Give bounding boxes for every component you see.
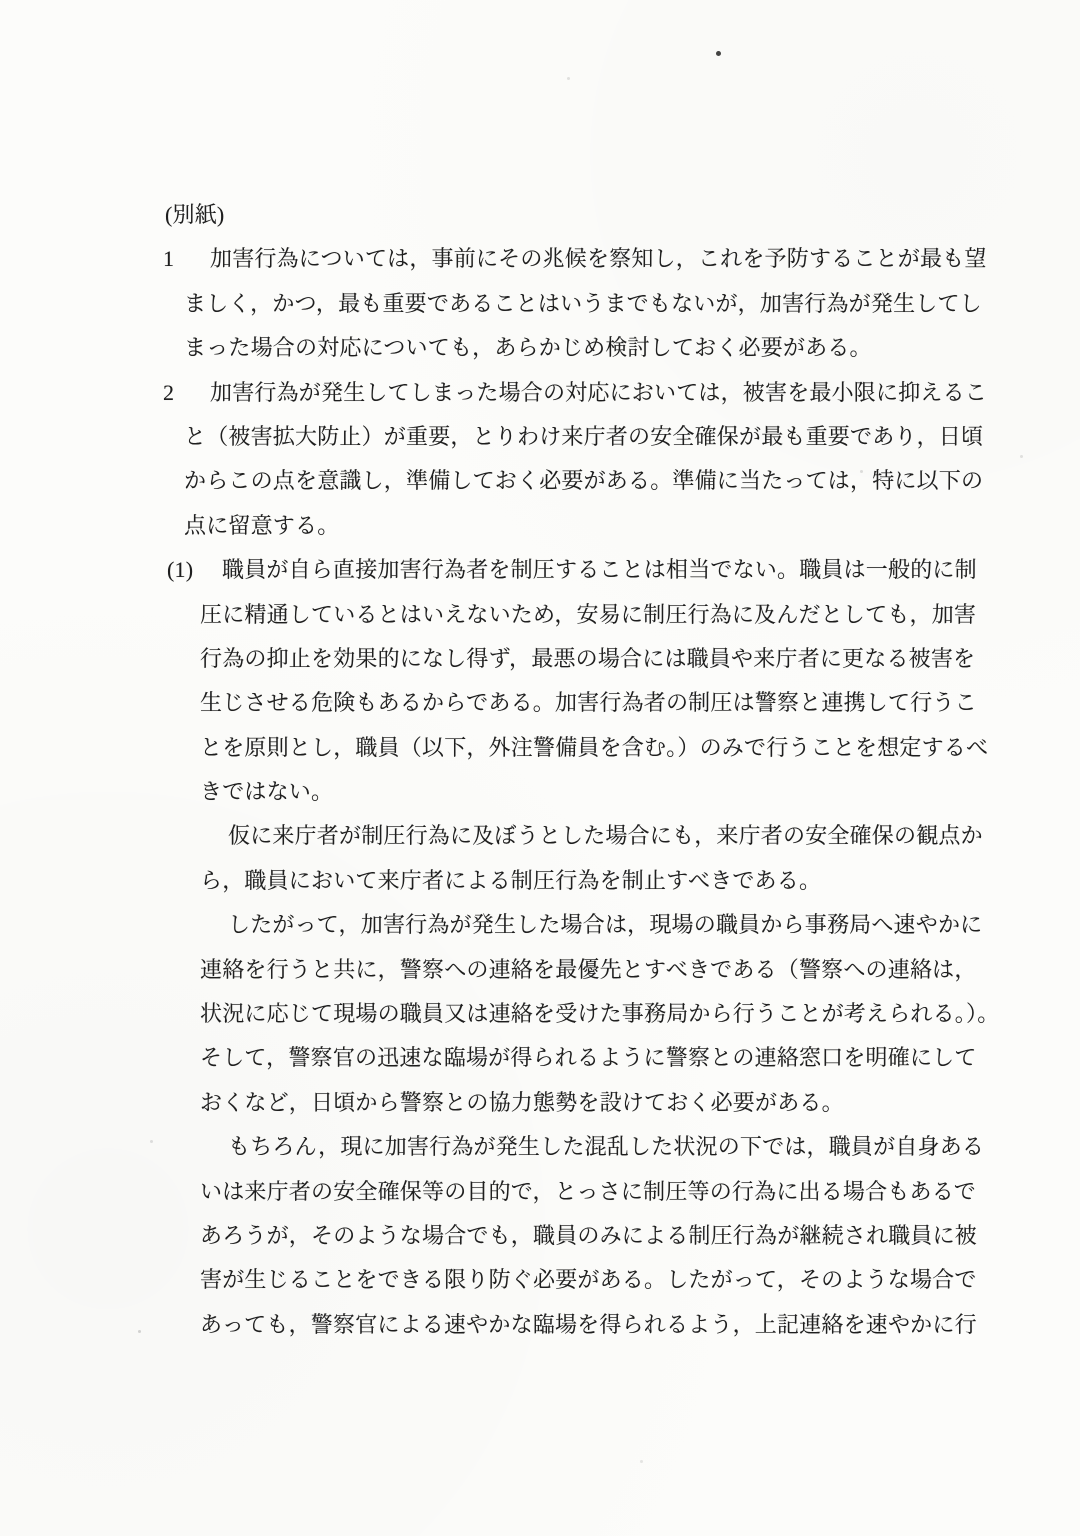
line-text: 害が生じることをできる限り防ぐ必要がある。したがって，そのような場合で xyxy=(200,1267,977,1292)
text-line: とを原則とし，職員（以下，外注警備員を含む。）のみで行うことを想定するべ xyxy=(0,726,1080,770)
line-text: からこの点を意識し，準備しておく必要がある。準備に当たっては，特に以下の xyxy=(184,468,983,493)
line-text: と（被害拡大防止）が重要，とりわけ来庁者の安全確保が最も重要であり，日頃 xyxy=(184,424,983,449)
text-line: 連絡を行うと共に，警察への連絡を最優先とすべきである（警察への連絡は， xyxy=(0,948,1080,992)
line-text: もちろん，現に加害行為が発生した混乱した状況の下では，職員が自身ある xyxy=(228,1134,984,1159)
text-line: そして，警察官の迅速な臨場が得られるように警察との連絡窓口を明確にして xyxy=(0,1036,1080,1080)
scan-speck xyxy=(716,51,721,56)
line-text: 職員が自ら直接加害行為者を制圧することは相当でない。職員は一般的に制 xyxy=(222,557,977,582)
text-line: 2加害行為が発生してしまった場合の対応においては，被害を最小限に抑えるこ xyxy=(0,371,1080,415)
scan-speck xyxy=(640,1460,643,1463)
list-marker: 1 xyxy=(163,237,210,281)
text-line: まった場合の対応についても，あらかじめ検討しておく必要がある。 xyxy=(0,326,1080,370)
line-text: 点に留意する。 xyxy=(184,513,339,538)
line-text: いは来庁者の安全確保等の目的で，とっさに制圧等の行為に出る場合もあるで xyxy=(200,1179,976,1204)
line-text: まった場合の対応についても，あらかじめ検討しておく必要がある。 xyxy=(184,335,872,360)
line-text: 圧に精通しているとはいえないため，安易に制圧行為に及んだとしても，加害 xyxy=(200,602,976,627)
line-text: あっても，警察官による速やかな臨場を得られるよう，上記連絡を速やかに行 xyxy=(200,1312,977,1337)
text-line: もちろん，現に加害行為が発生した混乱した状況の下では，職員が自身ある xyxy=(0,1125,1080,1169)
line-text: そして，警察官の迅速な臨場が得られるように警察との連絡窓口を明確にして xyxy=(200,1045,977,1070)
text-line: したがって，加害行為が発生した場合は，現場の職員から事務局へ速やかに xyxy=(0,903,1080,947)
text-line: からこの点を意識し，準備しておく必要がある。準備に当たっては，特に以下の xyxy=(0,459,1080,503)
line-text: 連絡を行うと共に，警察への連絡を最優先とすべきである（警察への連絡は， xyxy=(200,957,977,982)
text-line: あっても，警察官による速やかな臨場を得られるよう，上記連絡を速やかに行 xyxy=(0,1303,1080,1347)
text-line: ら，職員において来庁者による制圧行為を制止すべきである。 xyxy=(0,859,1080,903)
line-text: ましく，かつ，最も重要であることはいうまでもないが，加害行為が発生してし xyxy=(184,291,982,316)
text-line: おくなど，日頃から警察との協力態勢を設けておく必要がある。 xyxy=(0,1081,1080,1125)
line-text: (別紙) xyxy=(165,202,224,227)
line-text: おくなど，日頃から警察との協力態勢を設けておく必要がある。 xyxy=(200,1090,844,1115)
attachment-label-line: (別紙) xyxy=(0,193,1080,237)
line-text: きではない。 xyxy=(200,779,333,804)
scan-speck xyxy=(567,77,570,80)
text-line: 状況に応じて現場の職員又は連絡を受けた事務局から行うことが考えられる。）。 xyxy=(0,992,1080,1036)
text-line: 点に留意する。 xyxy=(0,504,1080,548)
text-line: 生じさせる危険もあるからである。加害行為者の制圧は警察と連携して行うこ xyxy=(0,681,1080,725)
text-line: 行為の抑止を効果的になし得ず，最悪の場合には職員や来庁者に更なる被害を xyxy=(0,637,1080,681)
document-body: (別紙)1加害行為については，事前にその兆候を察知し，これを予防することが最も望… xyxy=(0,193,1080,1347)
line-text: 加害行為については，事前にその兆候を察知し，これを予防することが最も望 xyxy=(210,246,987,271)
scanned-document-page: (別紙)1加害行為については，事前にその兆候を察知し，これを予防することが最も望… xyxy=(0,0,1080,1536)
line-text: したがって，加害行為が発生した場合は，現場の職員から事務局へ速やかに xyxy=(228,912,982,937)
text-line: 害が生じることをできる限り防ぐ必要がある。したがって，そのような場合で xyxy=(0,1258,1080,1302)
line-text: 行為の抑止を効果的になし得ず，最悪の場合には職員や来庁者に更なる被害を xyxy=(200,646,975,671)
line-text: 加害行為が発生してしまった場合の対応においては，被害を最小限に抑えるこ xyxy=(210,380,987,405)
line-text: ら，職員において来庁者による制圧行為を制止すべきである。 xyxy=(200,868,821,893)
text-line: 仮に来庁者が制圧行為に及ぼうとした場合にも，来庁者の安全確保の観点か xyxy=(0,814,1080,858)
line-text: 状況に応じて現場の職員又は連絡を受けた事務局から行うことが考えられる。）。 xyxy=(200,1001,999,1026)
line-text: 仮に来庁者が制圧行為に及ぼうとした場合にも，来庁者の安全確保の観点か xyxy=(228,823,983,848)
text-line: いは来庁者の安全確保等の目的で，とっさに制圧等の行為に出る場合もあるで xyxy=(0,1170,1080,1214)
text-line: 圧に精通しているとはいえないため，安易に制圧行為に及んだとしても，加害 xyxy=(0,593,1080,637)
text-line: と（被害拡大防止）が重要，とりわけ来庁者の安全確保が最も重要であり，日頃 xyxy=(0,415,1080,459)
text-line: きではない。 xyxy=(0,770,1080,814)
text-line: (1)職員が自ら直接加害行為者を制圧することは相当でない。職員は一般的に制 xyxy=(0,548,1080,592)
line-text: 生じさせる危険もあるからである。加害行為者の制圧は警察と連携して行うこ xyxy=(200,690,977,715)
list-marker: (1) xyxy=(167,548,222,592)
line-text: とを原則とし，職員（以下，外注警備員を含む。）のみで行うことを想定するべ xyxy=(200,735,988,760)
line-text: あろうが，そのような場合でも，職員のみによる制圧行為が継続され職員に被 xyxy=(200,1223,977,1248)
text-line: ましく，かつ，最も重要であることはいうまでもないが，加害行為が発生してし xyxy=(0,282,1080,326)
text-line: あろうが，そのような場合でも，職員のみによる制圧行為が継続され職員に被 xyxy=(0,1214,1080,1258)
list-marker: 2 xyxy=(163,371,210,415)
text-line: 1加害行為については，事前にその兆候を察知し，これを予防することが最も望 xyxy=(0,237,1080,281)
